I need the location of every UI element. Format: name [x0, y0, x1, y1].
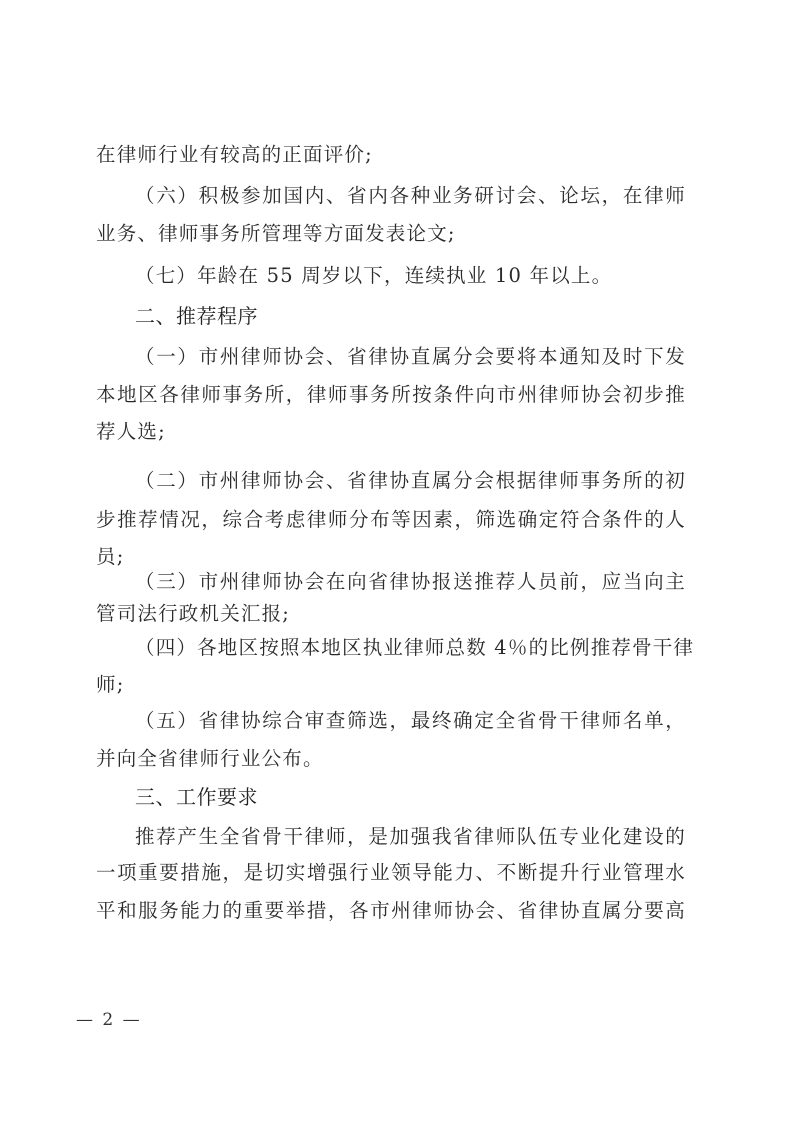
paragraph-line: （一）市州律师协会、省律协直属分会要将本通知及时下发: [135, 345, 686, 369]
paragraph-line: 推荐产生全省骨干律师，是加强我省律师队伍专业化建设的: [135, 825, 686, 849]
paragraph-line: （三）市州律师协会在向省律协报送推荐人员前，应当向主: [135, 570, 686, 594]
paragraph-line: 师;: [96, 673, 686, 697]
paragraph-line: （二）市州律师协会、省律协直属分会根据律师事务所的初: [135, 469, 686, 493]
paragraph-line: 业务、律师事务所管理等方面发表论文;: [96, 222, 686, 246]
paragraph-line: 在律师行业有较高的正面评价;: [96, 143, 686, 167]
paragraph-line: 步推荐情况，综合考虑律师分布等因素，筛选确定符合条件的人: [96, 508, 686, 532]
paragraph-line: 一项重要措施，是切实增强行业领导能力、不断提升行业管理水: [96, 861, 686, 885]
paragraph-line: 并向全省律师行业公布。: [96, 747, 686, 771]
paragraph-line: （六）积极参加国内、省内各种业务研讨会、论坛，在律师: [135, 184, 686, 208]
paragraph-line: （七）年龄在 55 周岁以下，连续执业 10 年以上。: [135, 264, 686, 288]
paragraph-line: （四）各地区按照本地区执业律师总数 4％的比例推荐骨干律: [135, 636, 686, 660]
paragraph-line: 平和服务能力的重要举措，各市州律师协会、省律协直属分要高: [96, 899, 686, 923]
paragraph-line: （五）省律协综合审查筛选，最终确定全省骨干律师名单，: [135, 709, 686, 733]
section-heading-work-requirements: 三、工作要求: [135, 785, 686, 809]
paragraph-line: 本地区各律师事务所，律师事务所按条件向市州律师协会初步推: [96, 383, 686, 407]
paragraph-line: 员;: [96, 545, 686, 569]
section-heading-recommendation-procedure: 二、推荐程序: [135, 304, 686, 328]
paragraph-line: 荐人选;: [96, 420, 686, 444]
page-number: — 2 —: [76, 1010, 142, 1030]
paragraph-line: 管司法行政机关汇报;: [96, 602, 686, 626]
